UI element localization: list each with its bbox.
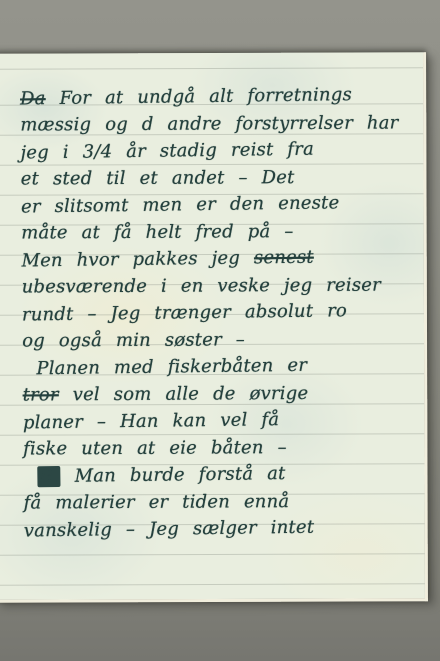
handwriting-line: Men hvor pakkes jeg senest	[21, 243, 397, 275]
handwriting-line: mæssig og d andre forstyrrelser har	[20, 110, 396, 139]
handwriting-line: fiske uten at eie båten –	[23, 434, 399, 463]
photo-background: Da For at undgå alt forretnings mæssig o…	[0, 0, 440, 661]
handwriting-line: B. Man burde forstå at	[23, 459, 399, 491]
handwriting-line: få malerier er tiden ennå	[24, 488, 400, 517]
handwriting-line: og også min søster –	[22, 326, 398, 355]
handwriting-line: Planen med fiskerbåten er	[22, 351, 398, 383]
handwriting-line: rundt – Jeg trænger absolut ro	[22, 297, 398, 329]
handwriting-line: er slitsomt men er den eneste	[21, 189, 397, 221]
handwriting-line: tror vel som alle de øvrige	[23, 380, 399, 409]
crossed-out-word: Da	[20, 88, 46, 109]
letter-text: Da For at undgå alt forretnings mæssig o…	[20, 81, 400, 543]
letter-paper: Da For at undgå alt forretnings mæssig o…	[0, 52, 428, 603]
handwriting-line: planer – Han kan vel få	[23, 405, 399, 437]
ink-blot: B.	[37, 466, 61, 487]
screenshot-root: { "photo": { "background_color": "#8c8c8…	[0, 0, 440, 661]
handwriting-line: måte at få helt fred på –	[21, 218, 397, 247]
handwriting-line: vanskelig – Jeg sælger intet	[24, 513, 400, 545]
handwriting-line: et sted til et andet – Det	[21, 164, 397, 193]
handwriting-line: ubesværende i en veske jeg reiser	[22, 272, 398, 301]
handwriting-line: jeg i 3/4 år stadig reist fra	[20, 135, 396, 167]
crossed-out-word: senest	[254, 247, 314, 269]
handwriting-line: Da For at undgå alt forretnings	[20, 81, 396, 113]
crossed-out-word: tror	[23, 384, 59, 405]
